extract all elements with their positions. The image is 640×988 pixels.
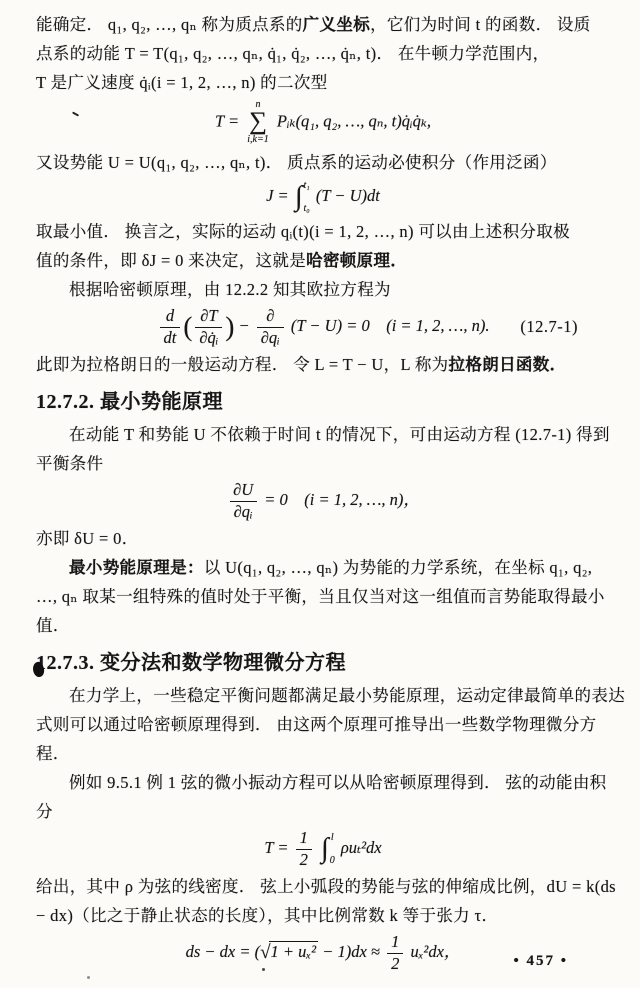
bold-term-minimum-potential-principle: 最小势能原理是： [69,558,204,577]
denominator: ∂qᵢ [230,501,257,522]
integral-glyph: ∫ [295,182,303,212]
paragraph-1-line-2: 点系的动能 T = T(q₁, q₂, …, qₙ, q̇₁, q̇₂, …, … [36,39,610,68]
paragraph-6-line-1: 在动能 T 和势能 U 不依赖于时间 t 的情况下，可由运动方程 (12.7-1… [36,420,610,449]
paragraph-3-line-1: 取最小值． 换言之，实际的运动 qᵢ(t)(i = 1, 2, …, n) 可以… [36,217,610,246]
paragraph-10-line-2: 分 [36,797,610,826]
formula-rhs: = 0 (i = 1, 2, …, n)， [264,490,420,509]
ink-smudge [262,968,265,971]
paragraph-9-line-2: 式则可以通过哈密顿原理得到． 由这两个原理可推导出一些数学物理微分方 [36,710,610,739]
formula-pre: ds − dx = ( [186,942,261,961]
bold-term-hamilton-principle: 哈密顿原理． [306,251,407,270]
integral-operator: ∫ l 0 [321,832,335,866]
paragraph-9-line-3: 程． [36,739,610,768]
denominator: 2 [296,849,312,870]
section-heading-12-7-3: 12.7.3. 变分法和数学物理微分方程 [36,649,610,677]
integral-upper-limit: l [330,832,335,843]
integral-limits: l 0 [330,832,335,866]
fraction-d-dt: d dt [160,307,181,347]
numerator: ∂U [229,481,257,501]
formula-lhs: J = [266,186,289,205]
fraction-one-half: 1 2 [296,829,312,869]
paragraph-3-line-2: 值的条件，即 δJ = 0 来决定，这就是哈密顿原理． [36,246,610,275]
formula-rhs: ρuₜ²dx [341,838,382,857]
body-text: 此即为拉格朗日的一般运动方程． 令 L = T − U，L 称为 [36,355,449,374]
denominator: ∂q̇ᵢ [195,327,222,348]
paragraph-7: 亦即 δU = 0． [36,524,610,553]
paragraph-8-line-2: …, qₙ 取某一组特殊的值时处于平衡，当且仅当对这一组值而言势能取得最小 [36,582,610,611]
numerator: ∂ [262,307,278,327]
paragraph-10-line-1: 例如 9.5.1 例 1 弦的微小振动方程可以从哈密顿原理得到． 弦的动能由积 [36,768,610,797]
right-paren: ) [225,312,234,342]
formula-rest: (T − U) = 0 (i = 1, 2, …, n). [291,316,490,335]
denominator: dt [160,327,181,348]
body-text: 以 U(q₁, q₂, …, qₙ) 为势能的力学系统，在坐标 q₁, q₂, [204,558,592,577]
paragraph-2: 又设势能 U = U(q₁, q₂, …, qₙ, t)． 质点系的运动必使积分… [36,148,610,177]
formula-euler-lagrange: d dt ( ∂T ∂q̇ᵢ ) − ∂ ∂qᵢ (T − U) = 0 (i … [36,307,610,347]
paragraph-11-line-1: 给出，其中 ρ 为弦的线密度． 弦上小弧段的势能与弦的伸缩成比例，dU = k(… [36,872,610,901]
integral-glyph: ∫ [321,834,329,864]
formula-rhs: Pᵢₖ(q₁, q₂, …, qₙ, t)q̇ᵢq̇ₖ, [277,111,431,130]
numerator: 1 [387,933,403,953]
scanned-textbook-page: 能确定． q₁, q₂, …, qₙ 称为质点系的广义坐标，它们为时间 t 的函… [0,0,640,988]
denominator: 2 [387,953,403,974]
integral-lower-limit: t₀ [303,203,309,214]
paragraph-1-line-3: T 是广义速度 q̇ᵢ(i = 1, 2, …, n) 的二次型 [36,68,610,97]
integral-lower-limit: 0 [330,855,335,866]
left-paren: ( [183,312,192,342]
sqrt-radicand: 1 + uₓ² [269,941,319,961]
fraction-dU-dq: ∂U ∂qᵢ [229,481,257,521]
paragraph-11-line-2: − dx)（比之于静止状态的长度），其中比例常数 k 等于张力 τ． [36,901,610,930]
numerator: 1 [296,829,312,849]
formula-kinetic-energy-sum: T = n ∑ i,k=1 Pᵢₖ(q₁, q₂, …, qₙ, t)q̇ᵢq̇… [36,100,610,145]
paragraph-1-line-1: 能确定． q₁, q₂, …, qₙ 称为质点系的广义坐标，它们为时间 t 的函… [36,10,610,39]
denominator: ∂qᵢ [257,327,284,348]
formula-action-functional: J = ∫ t₁ t₀ (T − U)dt [36,180,610,214]
ink-smudge [87,976,90,979]
body-text: ，它们为时间 t 的函数． 设质 [370,15,591,34]
paragraph-8-line-1: 最小势能原理是：以 U(q₁, q₂, …, qₙ) 为势能的力学系统，在坐标 … [36,553,610,582]
sigma-glyph: ∑ [249,110,267,134]
bold-term-generalized-coordinates: 广义坐标 [303,15,370,34]
paragraph-5: 此即为拉格朗日的一般运动方程． 令 L = T − U，L 称为拉格朗日函数． [36,350,610,379]
sum-lower-limit: i,k=1 [247,134,268,145]
minus-sign: − [239,316,250,335]
formula-rhs: (T − U)dt [316,186,380,205]
fraction-one-half: 1 2 [387,933,403,973]
paragraph-6-line-2: 平衡条件 [36,449,610,478]
formula-lhs: T = [215,111,239,130]
sum-operator: n ∑ i,k=1 [247,100,268,145]
formula-string-kinetic-energy: T = 1 2 ∫ l 0 ρuₜ²dx [36,829,610,869]
integral-limits: t₁ t₀ [303,180,309,214]
fraction-d-dq: ∂ ∂qᵢ [257,307,284,347]
numerator: ∂T [196,307,221,327]
paragraph-8-line-3: 值． [36,611,610,640]
paragraph-4: 根据哈密顿原理，由 12.2.2 知其欧拉方程为 [36,275,610,304]
integral-upper-limit: t₁ [303,180,309,191]
formula-equilibrium-condition: ∂U ∂qᵢ = 0 (i = 1, 2, …, n)， [36,481,610,521]
formula-mid: − 1)dx ≈ [322,942,380,961]
integral-operator: ∫ t₁ t₀ [295,180,310,214]
page-number: • 457 • [513,953,568,970]
body-text: 值的条件，即 δJ = 0 来决定，这就是 [36,251,306,270]
paragraph-9-line-1: 在力学上，一些稳定平衡问题都满足最小势能原理，运动定律最简单的表达 [36,681,610,710]
fraction-dT-dqdot: ∂T ∂q̇ᵢ [195,307,222,347]
numerator: d [162,307,178,327]
bold-term-lagrangian-function: 拉格朗日函数． [449,355,567,374]
equation-number: (12.7-1) [520,318,578,336]
formula-lhs: T = [264,838,288,857]
body-text: 能确定． q₁, q₂, …, qₙ 称为质点系的 [36,15,303,34]
section-heading-12-7-2: 12.7.2. 最小势能原理 [36,388,610,416]
formula-post: uₓ²dx， [410,942,460,961]
